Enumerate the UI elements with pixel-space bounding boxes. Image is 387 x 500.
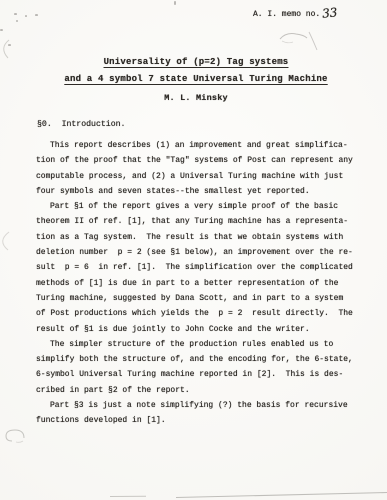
body-line: of Post productions which yields the p =… [36, 306, 366, 321]
body-line: methods of [1] is due in part to a bette… [36, 276, 366, 291]
body-line: 6-symbol Universal Turing machine report… [36, 367, 366, 382]
dust-speck [14, 13, 17, 15]
paper-title-line-1: Universality of (p=2) Tag systems [30, 57, 362, 67]
body-line: Turing machine, suggested by Dana Scott,… [36, 291, 366, 306]
scanned-memo-page: A. I. memo no.33 Universality of (p=2) T… [0, 0, 387, 500]
body-line: cribed in part §2 of the report. [36, 383, 366, 398]
section-heading: §0. Introduction. [37, 120, 125, 129]
body-line: deletion number p = 2 (see §1 below), an… [36, 245, 366, 260]
dust-speck [35, 14, 38, 16]
body-line: result of §1 is due jointly to John Cock… [36, 322, 366, 337]
body-line: computable process, and (2) a Universal … [36, 169, 366, 184]
body-line: theorem II of ref. [1], that any Turing … [36, 214, 366, 229]
author-byline: M. L. Minsky [30, 93, 362, 103]
scan-curve-mark-upper-left [0, 38, 13, 60]
body-line: sult p = 6 in ref. [1]. The simplificati… [36, 260, 366, 275]
pencil-smudge-bottom-left [2, 426, 30, 446]
body-text: This report describes (1) an improvement… [36, 138, 366, 429]
dust-speck [174, 1, 176, 5]
dust-speck [0, 29, 3, 31]
body-line: tion as a Tag system. The result is that… [36, 230, 366, 245]
pencil-scribble-mark [276, 26, 330, 54]
body-line: tion of the proof that the "Tag" systems… [36, 153, 366, 168]
body-line: This report describes (1) an improvement… [36, 138, 366, 153]
dust-speck [8, 44, 11, 46]
dust-speck [16, 20, 18, 22]
scan-curve-mark-mid-left [0, 230, 12, 252]
body-line: Part §1 of the report gives a very simpl… [36, 199, 366, 214]
paper-title-line-2: and a 4 symbol 7 state Universal Turing … [30, 74, 362, 84]
body-line: simplify both the structure of, and the … [36, 352, 366, 367]
body-line: The simpler structure of the production … [36, 337, 366, 352]
memo-number-handwritten: 33 [322, 8, 338, 18]
dust-speck [25, 15, 27, 17]
memo-id-line: A. I. memo no.33 [253, 8, 338, 19]
memo-id-label: A. I. memo no. [253, 10, 320, 19]
scan-edge-line-bottom [0, 488, 387, 500]
body-line: functions developed in [1]. [36, 413, 366, 428]
body-line: Part §3 is just a note simplifying (?) t… [36, 398, 366, 413]
body-line: four symbols and seven states--the small… [36, 184, 366, 199]
